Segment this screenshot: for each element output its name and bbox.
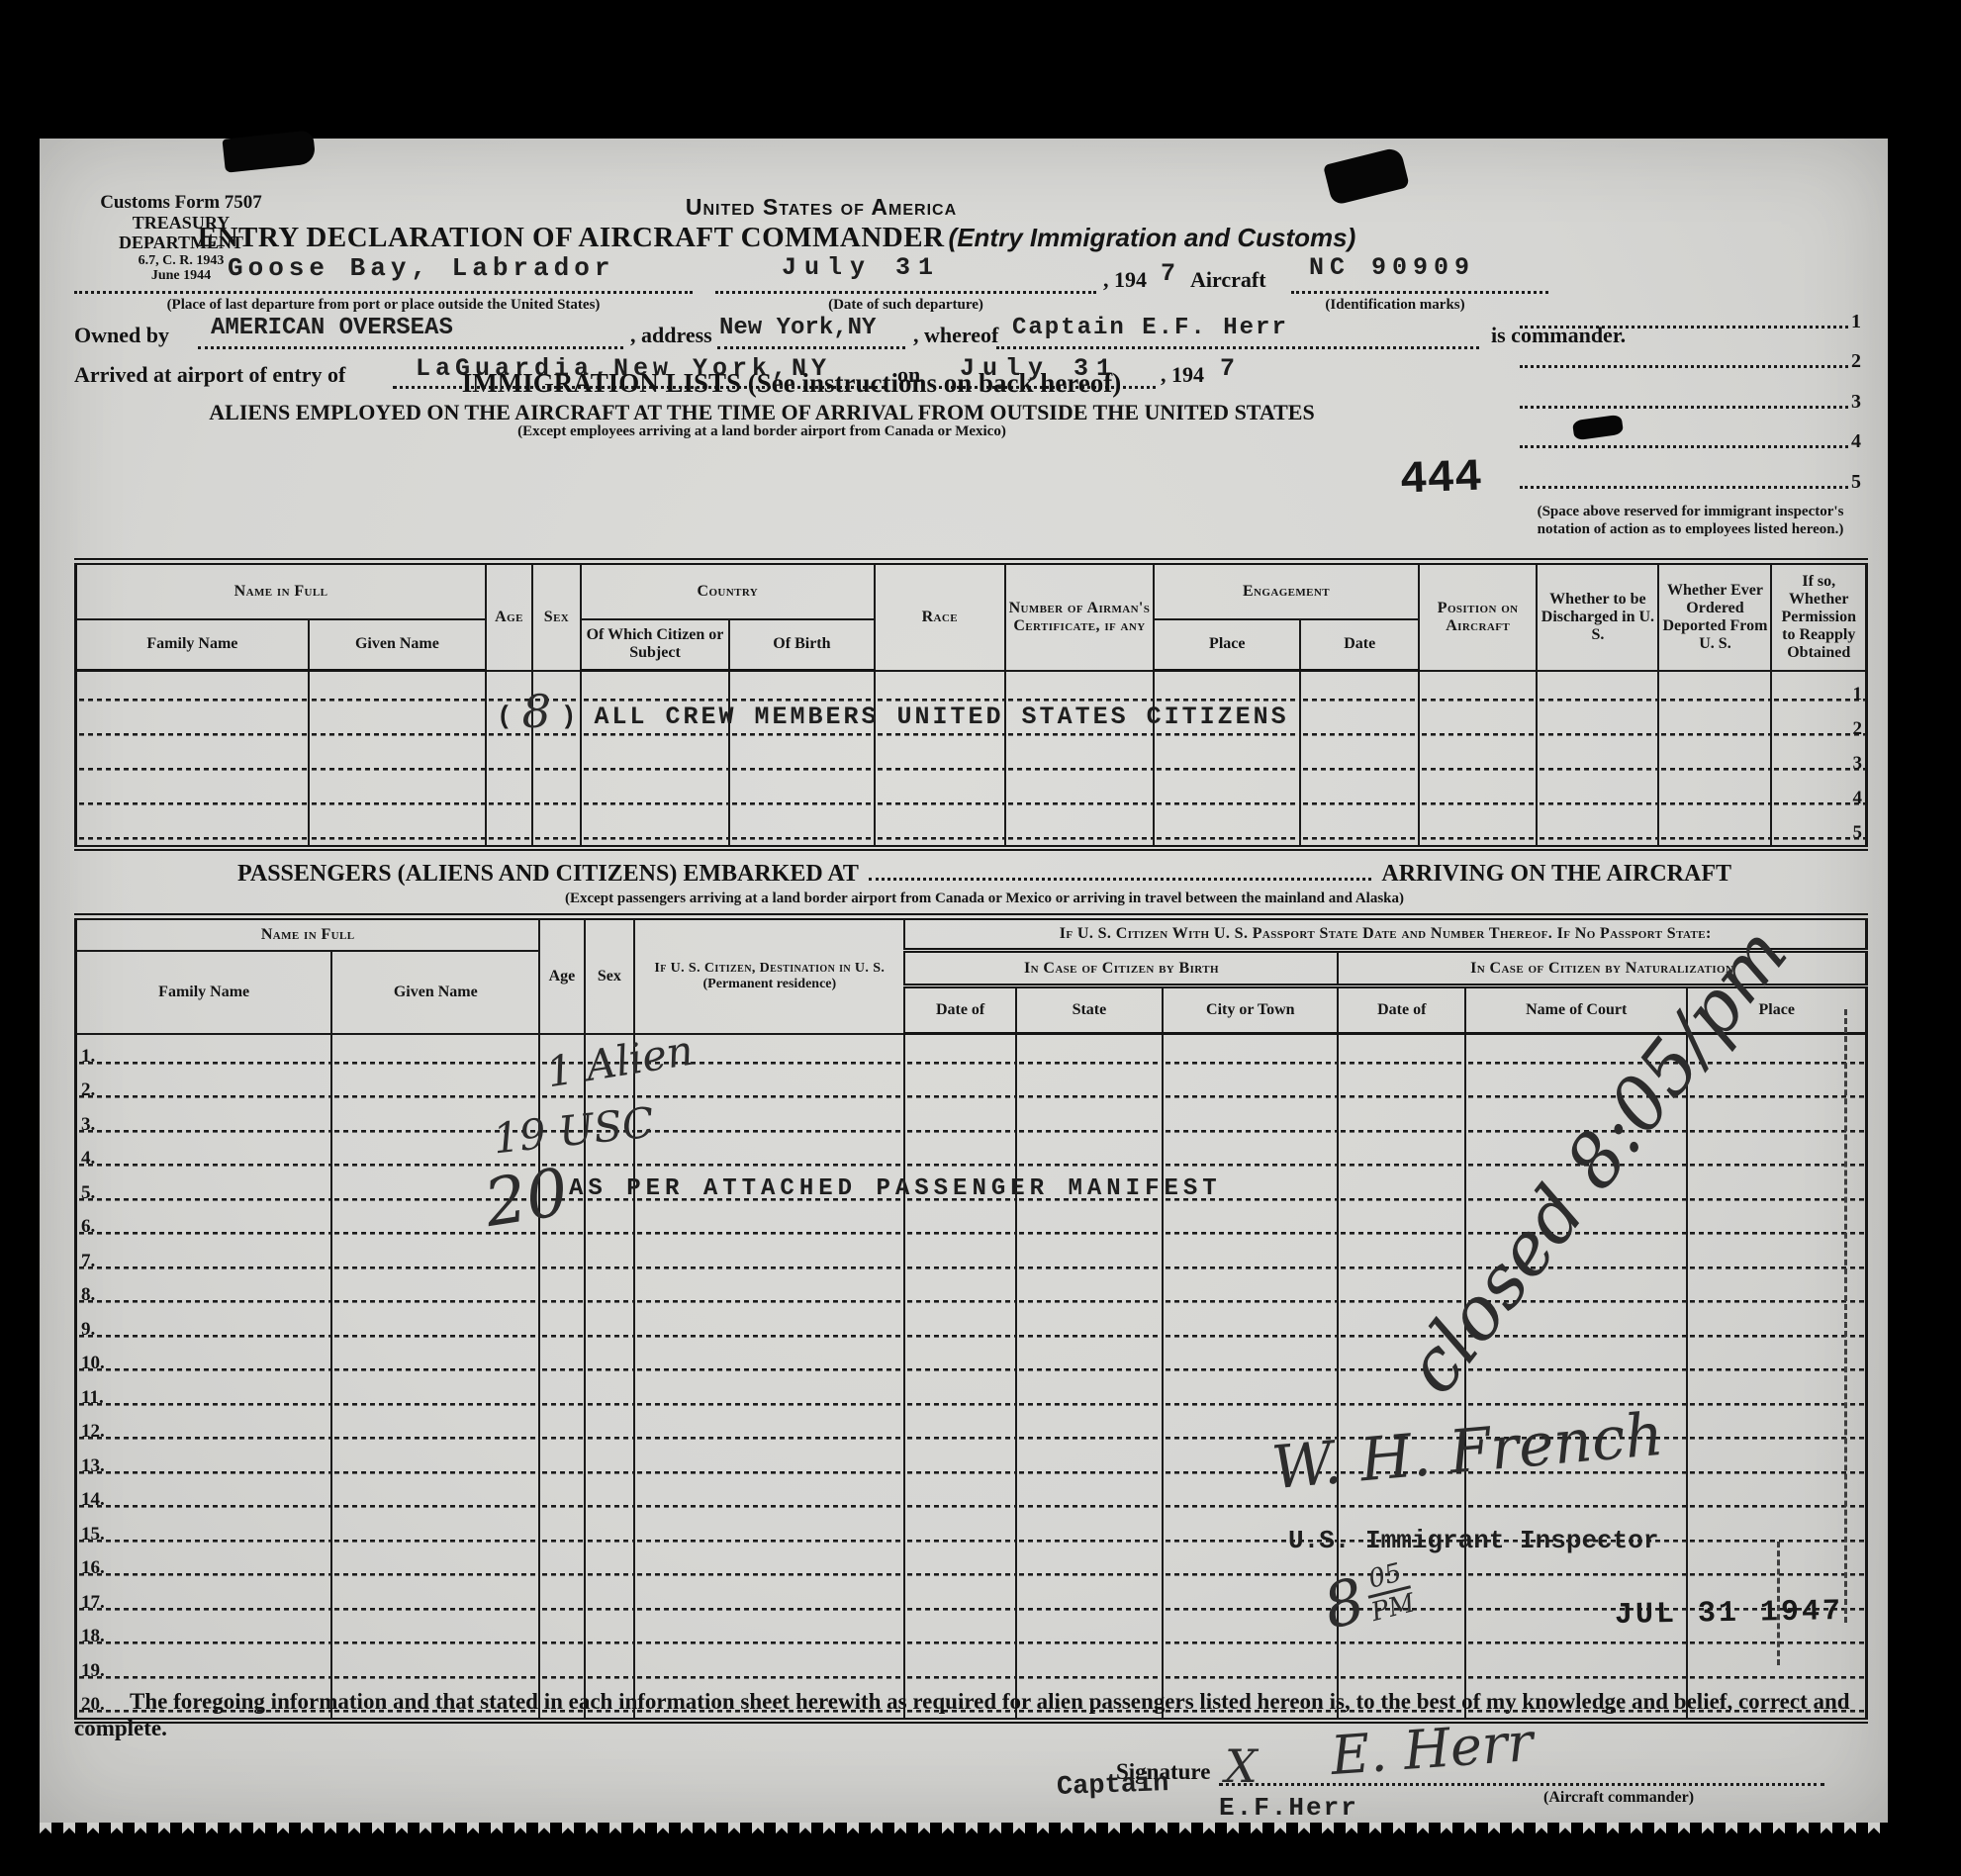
inspector-pencil-line [1844, 1009, 1847, 1623]
form-title: ENTRY DECLARATION OF AIRCRAFT COMMANDER [198, 222, 945, 253]
aircraft-id-line [1291, 291, 1548, 294]
passenger-cell [634, 1548, 904, 1582]
crew-row-number: 4 [1853, 788, 1863, 809]
passenger-cell [1016, 1548, 1163, 1582]
passenger-cell [904, 1103, 1015, 1138]
crew-cell [729, 741, 875, 776]
inspector-notation-line: 2 [1520, 333, 1861, 374]
passenger-cell [585, 1581, 635, 1616]
passenger-row: 8. [76, 1274, 1867, 1309]
passenger-cell [1163, 1103, 1338, 1138]
crew-cell [875, 741, 1005, 776]
passenger-row-number: 1. [81, 1046, 95, 1068]
passengers-note: (Except passengers arriving at a land bo… [237, 891, 1731, 907]
scanned-document-page: { "form_meta": { "line1": "Customs Form … [0, 0, 1961, 1876]
crew-cell: 5 [1771, 810, 1866, 848]
passenger-row-number: 12. [81, 1421, 105, 1443]
passenger-row-number: 3. [81, 1114, 95, 1136]
passenger-cell [1687, 1103, 1866, 1138]
passenger-cell [1163, 1649, 1338, 1684]
col-discharged: Whether to be Discharged in U. S. [1537, 562, 1658, 671]
passenger-cell [904, 1138, 1015, 1172]
passenger-row-number: 15. [81, 1524, 105, 1546]
passenger-cell [585, 1513, 635, 1548]
commander-signature-handwriting: E. Herr [1329, 1711, 1535, 1787]
passenger-cell [539, 1479, 584, 1514]
passenger-cell [331, 1411, 539, 1446]
col-birth-country: Of Birth [729, 619, 875, 671]
crew-cell [309, 671, 486, 707]
passenger-cell [904, 1649, 1015, 1684]
form-title-line: ENTRY DECLARATION OF AIRCRAFT COMMANDER … [183, 222, 1370, 254]
whereof-label: , whereof [913, 323, 998, 348]
passenger-cell [1687, 1343, 1866, 1377]
crew-cell [1658, 810, 1771, 848]
passenger-cell: 2. [76, 1070, 332, 1104]
passenger-cell [904, 1376, 1015, 1411]
passenger-cell: 16. [76, 1548, 332, 1582]
passenger-cell [1016, 1376, 1163, 1411]
passenger-cell [1338, 1172, 1465, 1206]
owned-by-line [198, 346, 623, 349]
crew-cell [309, 706, 486, 741]
passenger-row: 18. [76, 1616, 1867, 1650]
line-number: 4 [1851, 430, 1861, 453]
passenger-row-number: 2. [81, 1079, 95, 1101]
passenger-table-wrap: Name in Full Age Sex If U. S. Citizen, D… [74, 913, 1868, 1724]
col-destination-sub: (Permanent residence) [637, 977, 901, 992]
passenger-cell [585, 1548, 635, 1582]
crew-row: 3 [76, 741, 1867, 776]
passenger-row: 17. [76, 1581, 1867, 1616]
commander-line [996, 346, 1479, 349]
aliens-employed-subtitle: ALIENS EMPLOYED ON THE AIRCRAFT AT THE T… [40, 400, 1484, 425]
passenger-cell [1016, 1343, 1163, 1377]
passenger-cell [585, 1206, 635, 1241]
passenger-cell [634, 1240, 904, 1274]
owned-by-label: Owned by [74, 323, 169, 348]
departure-place-line [74, 291, 693, 294]
crew-cell [76, 810, 309, 848]
dotted-line [1520, 445, 1848, 448]
col-engagement-place: Place [1154, 619, 1300, 671]
passenger-cell [331, 1616, 539, 1650]
passenger-cell [331, 1240, 539, 1274]
crew-cell [76, 741, 309, 776]
passenger-cell [539, 1616, 584, 1650]
passenger-cell [1163, 1070, 1338, 1104]
passenger-cell [1016, 1138, 1163, 1172]
passenger-cell [634, 1479, 904, 1514]
crew-count-handwritten: 8 [516, 685, 557, 738]
passenger-cell [634, 1308, 904, 1343]
total-count-handwriting: 20 [479, 1154, 573, 1242]
address-label: , address [630, 323, 712, 348]
passenger-cell [1338, 1138, 1465, 1172]
col-engagement: Engagement [1154, 562, 1419, 619]
passenger-cell: 17. [76, 1581, 332, 1616]
crew-annotation: ( 8 ) ALL CREW MEMBERS UNITED STATES CIT… [497, 681, 1289, 734]
col-name-in-full: Name in Full [76, 917, 540, 951]
passenger-cell [634, 1103, 904, 1138]
passenger-cell [539, 1274, 584, 1309]
passenger-cell [634, 1513, 904, 1548]
passenger-table: Name in Full Age Sex If U. S. Citizen, D… [74, 913, 1868, 1724]
departure-year-value: 7 [1161, 259, 1175, 288]
crew-cell [1154, 810, 1300, 848]
passenger-cell [1016, 1070, 1163, 1104]
address-value: New York,NY [719, 315, 876, 341]
crew-cell [1005, 810, 1154, 848]
passenger-row-number: 10. [81, 1353, 105, 1374]
passenger-cell [331, 1308, 539, 1343]
crew-cell: 4 [1771, 776, 1866, 810]
passenger-row-number: 11. [81, 1387, 104, 1409]
passenger-cell [1163, 1376, 1338, 1411]
passenger-cell [1687, 1172, 1866, 1206]
passenger-cell [1163, 1274, 1338, 1309]
crew-cell [581, 776, 729, 810]
passenger-cell [1016, 1274, 1163, 1309]
dotted-line [1520, 365, 1848, 368]
col-country: Country [581, 562, 875, 619]
col-airman-certificate: Number of Airman's Certificate, if any [1005, 562, 1154, 671]
passenger-cell [585, 1240, 635, 1274]
passenger-row-number: 18. [81, 1626, 105, 1647]
crew-cell [76, 776, 309, 810]
col-destination-top: If U. S. Citizen, Destination in U. S. [637, 961, 901, 977]
passenger-row: 1. [76, 1034, 1867, 1070]
passenger-cell [1687, 1445, 1866, 1479]
crew-cell [729, 776, 875, 810]
passenger-cell [1338, 1240, 1465, 1274]
col-birth-city: City or Town [1163, 986, 1338, 1034]
col-destination: If U. S. Citizen, Destination in U. S. (… [634, 917, 904, 1034]
passenger-cell [1163, 1206, 1338, 1241]
passenger-cell [539, 1376, 584, 1411]
crew-cell [1154, 741, 1300, 776]
col-sex: Sex [585, 917, 635, 1034]
passenger-row: 10. [76, 1343, 1867, 1377]
passenger-cell [904, 1240, 1015, 1274]
crew-cell [1300, 776, 1418, 810]
col-citizen-by-birth-group: In Case of Citizen by Birth [904, 951, 1338, 986]
crew-cell [309, 776, 486, 810]
passenger-row-number: 13. [81, 1455, 105, 1477]
passenger-cell [539, 1581, 584, 1616]
col-birth-date: Date of [904, 986, 1015, 1034]
passenger-cell [539, 1649, 584, 1684]
crew-cell [1658, 671, 1771, 707]
passenger-cell [1016, 1103, 1163, 1138]
line-number: 2 [1851, 350, 1861, 373]
passenger-cell [585, 1616, 635, 1650]
passenger-cell [1338, 1649, 1465, 1684]
crew-cell [581, 810, 729, 848]
inspector-notation-line: 4 [1520, 414, 1861, 454]
passenger-cell [585, 1308, 635, 1343]
passenger-cell: 10. [76, 1343, 332, 1377]
passenger-cell [634, 1376, 904, 1411]
passenger-cell [331, 1513, 539, 1548]
col-nat-date: Date of [1338, 986, 1465, 1034]
passenger-cell [904, 1206, 1015, 1241]
passenger-cell [904, 1445, 1015, 1479]
passenger-cell [634, 1616, 904, 1650]
passenger-row: 9. [76, 1308, 1867, 1343]
paren-close: ) [561, 702, 577, 731]
passenger-cell [1687, 1206, 1866, 1241]
passenger-cell [331, 1070, 539, 1104]
passenger-cell: 4. [76, 1138, 332, 1172]
aircraft-label: Aircraft [1190, 267, 1266, 293]
passengers-heading: PASSENGERS (ALIENS AND CITIZENS) EMBARKE… [237, 861, 1731, 888]
crew-cell [1419, 810, 1537, 848]
passenger-cell [904, 1070, 1015, 1104]
passenger-cell [904, 1548, 1015, 1582]
passenger-cell [904, 1308, 1015, 1343]
form-subtitle: (Entry Immigration and Customs) [949, 223, 1356, 252]
inspector-notation-line: 5 [1520, 453, 1861, 494]
passenger-cell [904, 1274, 1015, 1309]
crew-cell [309, 741, 486, 776]
passenger-cell [1687, 1138, 1866, 1172]
passenger-cell [1163, 1034, 1338, 1070]
dotted-line [1520, 326, 1848, 328]
passenger-cell: 6. [76, 1206, 332, 1241]
form-paper: Customs Form 7507 TREASURY DEPARTMENT 6.… [40, 139, 1888, 1823]
crew-cell [1537, 741, 1658, 776]
passenger-cell: 7. [76, 1240, 332, 1274]
owned-by-value: AMERICAN OVERSEAS [211, 315, 453, 341]
col-race: Race [875, 562, 1005, 671]
departure-place-value: Goose Bay, Labrador [228, 253, 614, 283]
inspector-title-typed: U.S. Immigrant Inspector [1288, 1526, 1658, 1555]
line-number: 1 [1851, 311, 1861, 333]
col-citizen-of: Of Which Citizen or Subject [581, 619, 729, 671]
crew-row: 5 [76, 810, 1867, 848]
aircraft-commander-label: (Aircraft commander) [1543, 1789, 1694, 1807]
passenger-cell [585, 1649, 635, 1684]
passenger-cell [1163, 1343, 1338, 1377]
crew-cell [309, 810, 486, 848]
passenger-cell [904, 1581, 1015, 1616]
crew-cell [1537, 810, 1658, 848]
col-position: Position on Aircraft [1419, 562, 1537, 671]
passenger-cell [539, 1548, 584, 1582]
passenger-row: 14. [76, 1479, 1867, 1514]
passenger-cell [1465, 1479, 1687, 1514]
passenger-cell [1016, 1479, 1163, 1514]
col-reapply: If so, Whether Permission to Reapply Obt… [1771, 562, 1866, 671]
passenger-cell [331, 1445, 539, 1479]
crew-annotation-text: ALL CREW MEMBERS UNITED STATES CITIZENS [581, 703, 1289, 731]
crew-cell [532, 810, 581, 848]
passenger-cell: 1. [76, 1034, 332, 1070]
crew-cell [486, 810, 532, 848]
date-stamp: JUL 31 1947 [1615, 1595, 1844, 1633]
passenger-cell [585, 1343, 635, 1377]
passenger-cell [1016, 1034, 1163, 1070]
inspector-notation-line: 1 [1520, 293, 1861, 333]
passenger-cell [331, 1274, 539, 1309]
passenger-cell [1338, 1103, 1465, 1138]
passenger-cell [1687, 1376, 1866, 1411]
paren-open: ( [497, 702, 513, 731]
passenger-cell: 14. [76, 1479, 332, 1514]
crew-cell [581, 741, 729, 776]
crew-cell [1300, 741, 1418, 776]
crew-cell [1419, 776, 1537, 810]
crew-row-number: 3 [1853, 753, 1863, 775]
crew-cell [1419, 671, 1537, 707]
aircraft-id-label: (Identification marks) [1222, 297, 1568, 314]
crew-cell [1300, 706, 1418, 741]
crew-cell [76, 671, 309, 707]
crew-cell [1658, 776, 1771, 810]
signature-line [1219, 1783, 1824, 1786]
passenger-cell [539, 1411, 584, 1446]
col-family-name: Family Name [76, 619, 309, 671]
commander-name-typed: E.F.Herr [1219, 1793, 1358, 1823]
passenger-cell [331, 1548, 539, 1582]
line-number: 3 [1851, 391, 1861, 414]
passenger-cell [1338, 1034, 1465, 1070]
col-family-name: Family Name [76, 951, 332, 1034]
crew-cell [1154, 776, 1300, 810]
passenger-row-number: 9. [81, 1319, 95, 1341]
passenger-cell [1016, 1581, 1163, 1616]
passenger-cell [904, 1513, 1015, 1548]
passenger-cell [331, 1581, 539, 1616]
departure-place-label: (Place of last departure from port or pl… [74, 297, 693, 314]
crew-cell: 1 [1771, 671, 1866, 707]
crew-cell [1300, 810, 1418, 848]
passenger-cell: 3. [76, 1103, 332, 1138]
manifest-typed-note: AS PER ATTACHED PASSENGER MANIFEST [569, 1175, 1222, 1202]
crew-cell [1005, 741, 1154, 776]
crew-cell: 2 [1771, 706, 1866, 741]
passenger-cell [1163, 1138, 1338, 1172]
field-row-departure: Goose Bay, Labrador (Place of last depar… [74, 253, 1618, 317]
passenger-cell [1016, 1206, 1163, 1241]
form-number: Customs Form 7507 [77, 192, 285, 213]
passenger-cell [539, 1445, 584, 1479]
passenger-cell [585, 1479, 635, 1514]
crew-cell [1658, 741, 1771, 776]
passenger-row: 7. [76, 1240, 1867, 1274]
crew-cell [532, 741, 581, 776]
passenger-cell [904, 1479, 1015, 1514]
crew-section-note: (Except employees arriving at a land bor… [40, 423, 1484, 440]
commander-name-value: Captain E.F. Herr [1012, 315, 1288, 341]
passenger-row-number: 19. [81, 1660, 105, 1682]
passenger-cell [1465, 1649, 1687, 1684]
passenger-cell: 19. [76, 1649, 332, 1684]
crew-cell: 3 [1771, 741, 1866, 776]
passenger-cell [634, 1274, 904, 1309]
crew-cell [1005, 776, 1154, 810]
passenger-cell: 11. [76, 1376, 332, 1411]
crew-cell [875, 810, 1005, 848]
passenger-row-number: 6. [81, 1216, 95, 1238]
immigration-lists-title: IMMIGRATION LISTS (See instructions on b… [218, 368, 1365, 399]
crew-row: 4 [76, 776, 1867, 810]
departure-date-value: July 31 [782, 253, 941, 282]
dotted-line [1520, 406, 1848, 409]
crew-row-number: 2 [1853, 718, 1863, 740]
page-number-stamp: 444 [1399, 452, 1483, 507]
col-given-name: Given Name [309, 619, 486, 671]
passenger-row-number: 17. [81, 1592, 105, 1614]
passengers-title-left: PASSENGERS (ALIENS AND CITIZENS) EMBARKE… [237, 861, 859, 888]
crew-cell [532, 776, 581, 810]
col-sex: Sex [532, 562, 581, 671]
passenger-cell: 15. [76, 1513, 332, 1548]
dotted-line [1520, 486, 1848, 489]
passenger-cell [904, 1411, 1015, 1446]
col-deported: Whether Ever Ordered Deported From U. S. [1658, 562, 1771, 671]
passenger-cell [1016, 1513, 1163, 1548]
departure-date-line [715, 291, 1096, 294]
crew-row-number: 1 [1853, 684, 1863, 705]
passenger-row: 19. [76, 1649, 1867, 1684]
passenger-cell: 18. [76, 1616, 332, 1650]
col-age: Age [539, 917, 584, 1034]
passenger-cell [1163, 1581, 1338, 1616]
passenger-row-number: 5. [81, 1182, 95, 1204]
inspector-margin-block: 1 2 3 4 5 (Space above reserved for immi… [1520, 293, 1861, 538]
passenger-cell [634, 1581, 904, 1616]
year-prefix: , 194 [1103, 267, 1147, 293]
passenger-row-number: 16. [81, 1557, 105, 1579]
passenger-cell [331, 1479, 539, 1514]
passenger-cell [331, 1376, 539, 1411]
crew-row-number: 5 [1853, 822, 1863, 844]
passenger-cell [904, 1034, 1015, 1070]
passenger-cell [634, 1138, 904, 1172]
passenger-cell [1163, 1616, 1338, 1650]
passenger-cell [539, 1513, 584, 1548]
passenger-cell [634, 1649, 904, 1684]
passenger-cell [904, 1343, 1015, 1377]
crew-cell [1537, 706, 1658, 741]
crew-cell [1300, 671, 1418, 707]
passenger-cell [634, 1343, 904, 1377]
passenger-cell [539, 1308, 584, 1343]
inspector-margin-note: (Space above reserved for immigrant insp… [1520, 503, 1861, 538]
passenger-cell [1163, 1240, 1338, 1274]
passenger-cell [1163, 1308, 1338, 1343]
col-birth-state: State [1016, 986, 1163, 1034]
passenger-cell [1016, 1649, 1163, 1684]
passenger-cell [331, 1034, 539, 1070]
passenger-cell: 9. [76, 1308, 332, 1343]
passenger-cell [1016, 1308, 1163, 1343]
passenger-cell [634, 1445, 904, 1479]
passenger-cell: 13. [76, 1445, 332, 1479]
passenger-cell [1687, 1411, 1866, 1446]
passenger-cell [585, 1376, 635, 1411]
passenger-cell [1016, 1411, 1163, 1446]
col-age: Age [486, 562, 532, 671]
inspector-notation-line: 3 [1520, 373, 1861, 414]
field-row-owner: Owned by AMERICAN OVERSEAS , address New… [74, 313, 1756, 352]
crew-cell [729, 810, 875, 848]
passenger-cell [1016, 1240, 1163, 1274]
crew-cell [486, 776, 532, 810]
col-given-name: Given Name [331, 951, 539, 1034]
